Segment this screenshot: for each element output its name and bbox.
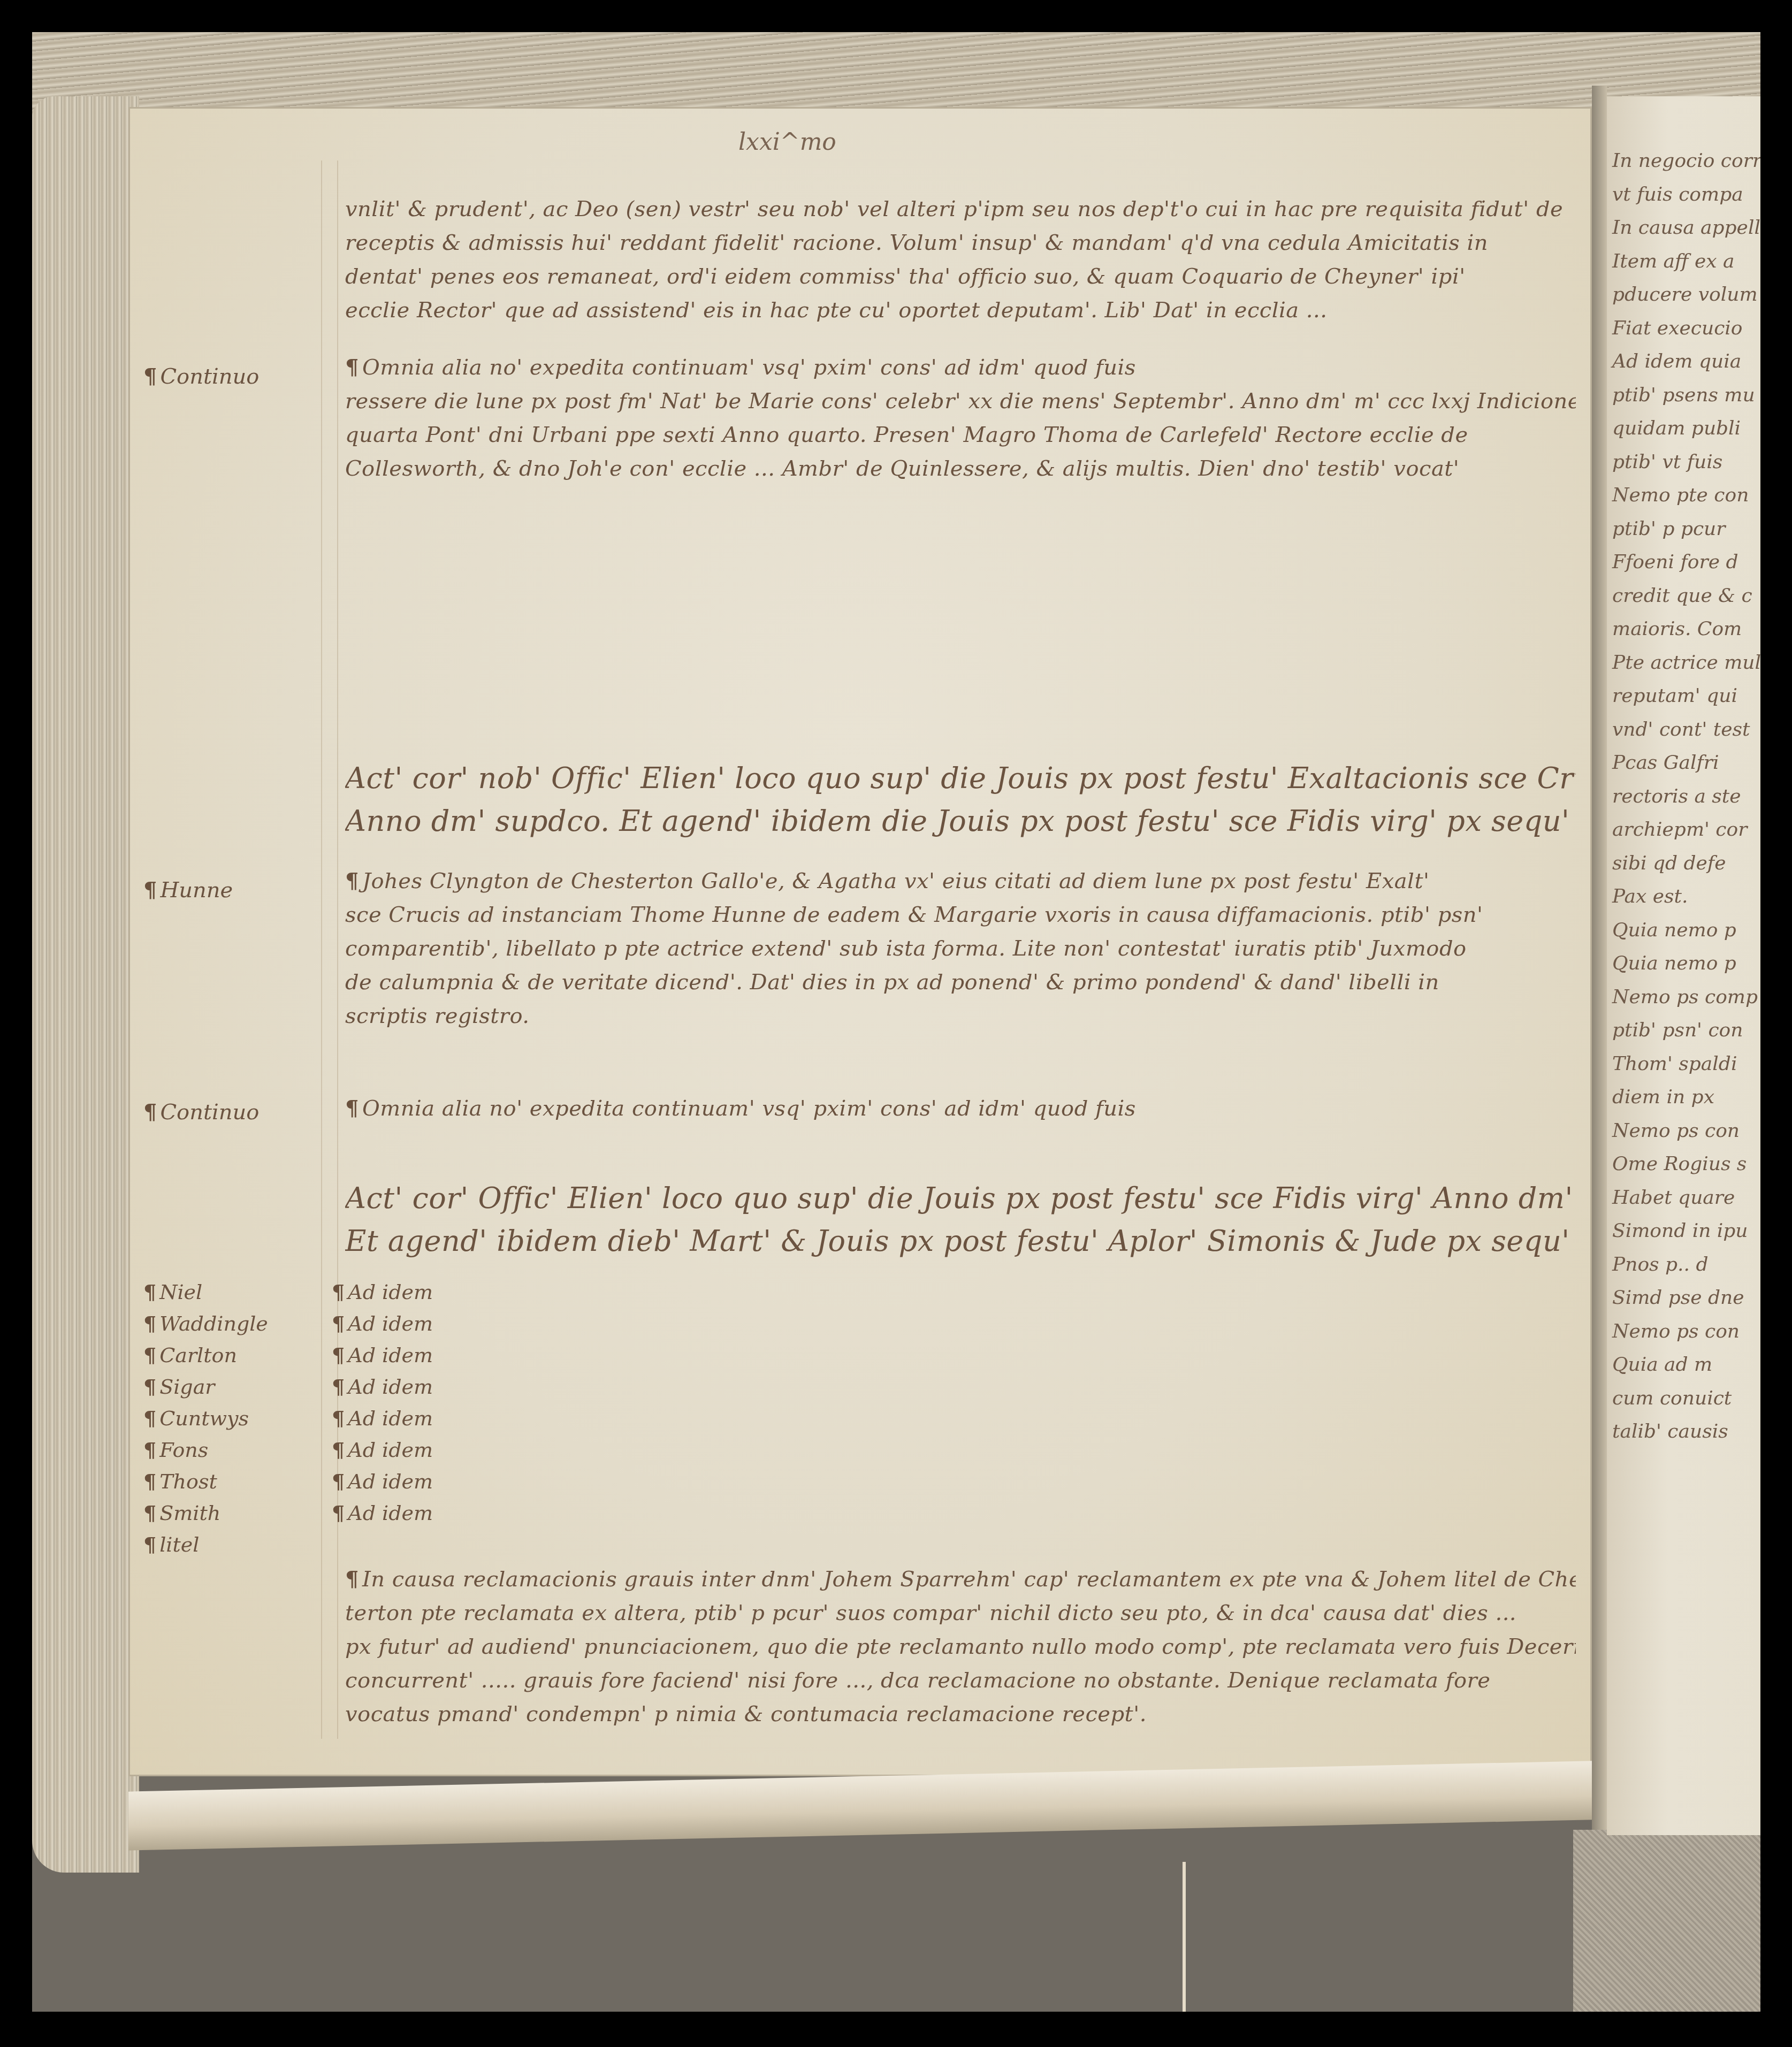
facing-page-line: Pax est. [1612,880,1760,914]
facing-page-line: Item aff ex a [1612,245,1760,279]
facing-page-line: Quia nemo p [1612,947,1760,981]
ad-idem-entry: ¶Ad idem [332,1497,433,1529]
facing-page-line: ptib' p pcur [1612,513,1760,546]
facing-page-line: Habet quare [1612,1181,1760,1215]
paragraph-mark-icon: ¶ [345,1567,359,1592]
paragraph-mark-icon: ¶ [332,1280,345,1304]
text-line: vocatus pmand' condempn' p nimia & contu… [345,1698,1576,1731]
session-heading-2: Act' cor' Offic' Elien' loco quo sup' di… [345,1177,1576,1263]
heading-line: Et agend' ibidem dieb' Mart' & Jouis px … [345,1220,1576,1263]
text-line: de calumpnia & de veritate dicend'. Dat'… [345,966,1576,999]
facing-page-line: ptib' psn' con [1612,1014,1760,1048]
margin-name: ¶Niel [143,1276,320,1308]
facing-page-line: cum conuict [1612,1382,1760,1416]
facing-page-line: reputam' qui [1612,679,1760,713]
margin-name: ¶litel [143,1529,320,1560]
margin-name: ¶Thost [143,1465,320,1497]
top-text-block: vnlit' & prudent', ac Deo (sen) vestr' s… [345,193,1576,327]
paragraph-mark-icon: ¶ [143,1280,156,1304]
facing-page-line: Ad idem quia [1612,345,1760,379]
facing-page-line: talib' causis [1612,1415,1760,1449]
facing-page-line: credit que & c [1612,579,1760,613]
paragraph-mark-icon: ¶ [143,1532,156,1556]
text-line: sce Crucis ad instanciam Thome Hunne de … [345,898,1576,932]
text-line: ressere die lune px post fm' Nat' be Mar… [345,385,1576,418]
margin-name: ¶Smith [143,1497,320,1529]
text-line: Collesworth, & dno Joh'e con' ecclie ...… [345,452,1576,486]
ruling-line-left [321,161,322,1739]
facing-page: In negocio correvt fuis compaIn causa ap… [1607,96,1760,1835]
facing-page-line: Nemo ps comp [1612,981,1760,1014]
margin-note-hunne: ¶Hunne [143,877,233,903]
binding-cloth [1573,1830,1760,2012]
facing-page-line: Pte actrice mul [1612,646,1760,680]
margin-name: ¶Cuntwys [143,1402,320,1434]
entry-continuo-1: ¶Omnia alia no' expedita continuam' vsq'… [345,350,1576,486]
text-line: ¶Omnia alia no' expedita continuam' vsq'… [345,1091,1576,1126]
margin-name: ¶Waddingle [143,1308,320,1339]
book-gutter [1592,86,1607,1905]
session-heading-1: Act' cor' nob' Offic' Elien' loco quo su… [345,757,1576,843]
heading-line: Act' cor' nob' Offic' Elien' loco quo su… [345,757,1576,800]
facing-page-line: Ffoeni fore d [1612,546,1760,579]
text-line: ¶Omnia alia no' expedita continuam' vsq'… [345,350,1576,385]
facing-page-line: Nemo ps con [1612,1315,1760,1349]
ad-idem-entry: ¶Ad idem [332,1308,433,1339]
margin-note-continuo-2: ¶Continuo [143,1099,259,1125]
ad-idem-entry: ¶Ad idem [332,1339,433,1371]
facing-page-line: quidam publi [1612,412,1760,446]
heading-line: Act' cor' Offic' Elien' loco quo sup' di… [345,1177,1576,1220]
text-line: ecclie Rector' que ad assistend' eis in … [345,294,1576,327]
paragraph-mark-icon: ¶ [332,1501,345,1525]
facing-page-line: In negocio corre [1612,144,1760,178]
facing-page-lines: In negocio correvt fuis compaIn causa ap… [1612,144,1760,1449]
paragraph-mark-icon: ¶ [345,868,359,893]
facing-page-line: rectoris a ste [1612,780,1760,814]
facing-page-line: archiepm' cor [1612,813,1760,847]
facing-page-line: Pnos p.. d [1612,1248,1760,1282]
facing-page-line: Thom' spaldi [1612,1048,1760,1081]
facing-page-line: In causa appella [1612,211,1760,245]
paragraph-mark-icon: ¶ [143,1099,157,1125]
paragraph-mark-icon: ¶ [332,1406,345,1430]
text-line: quarta Pont' dni Urbani ppe sexti Anno q… [345,418,1576,452]
paragraph-mark-icon: ¶ [143,1469,156,1493]
ad-idem-entry: ¶Ad idem [332,1402,433,1434]
margin-name: ¶Sigar [143,1371,320,1402]
paragraph-mark-icon: ¶ [143,364,157,389]
folio-number: lxxi^mo [738,128,836,156]
paragraph-mark-icon: ¶ [143,1438,156,1462]
text-line: comparentib', libellato p pte actrice ex… [345,932,1576,966]
heading-line: Anno dm' supdco. Et agend' ibidem die Jo… [345,800,1576,843]
ad-idem-entry: ¶Ad idem [332,1276,433,1308]
paragraph-mark-icon: ¶ [143,877,157,903]
paragraph-mark-icon: ¶ [332,1343,345,1367]
margin-name: ¶Carlton [143,1339,320,1371]
facing-page-line: diem in px [1612,1081,1760,1114]
paragraph-mark-icon: ¶ [332,1438,345,1462]
facing-page-line: ptib' psens mu [1612,379,1760,413]
paragraph-mark-icon: ¶ [143,1374,156,1399]
paragraph-mark-icon: ¶ [143,1406,156,1430]
facing-page-line: maioris. Com [1612,613,1760,646]
ad-idem-entry: ¶Ad idem [332,1465,433,1497]
margin-name: ¶Fons [143,1434,320,1465]
facing-page-line: Quia ad m [1612,1348,1760,1382]
paragraph-mark-icon: ¶ [332,1311,345,1335]
facing-page-line: Simd pse dne [1612,1281,1760,1315]
facing-page-line: Ome Rogius s [1612,1148,1760,1181]
margin-note-continuo: ¶Continuo [143,364,259,389]
margin-name-list: ¶Niel ¶Waddingle ¶Carlton ¶Sigar ¶Cuntwy… [143,1276,320,1560]
facing-page-line: Pcas Galfri [1612,746,1760,780]
facing-page-line: sibi qd defe [1612,847,1760,881]
facing-page-line: vnd' cont' test [1612,713,1760,747]
facing-page-line: Nemo pte con [1612,479,1760,513]
entry-reclamacion: ¶In causa reclamacionis grauis inter dnm… [345,1562,1576,1731]
paragraph-mark-icon: ¶ [143,1311,156,1335]
facing-page-line: Fiat execucio [1612,312,1760,346]
facing-page-line: Quia nemo p [1612,914,1760,948]
facing-page-line: Nemo ps con [1612,1114,1760,1148]
text-line: ¶In causa reclamacionis grauis inter dnm… [345,1562,1576,1597]
text-line: px futur' ad audiend' pnunciacionem, quo… [345,1630,1576,1664]
paragraph-mark-icon: ¶ [332,1374,345,1399]
text-line: ¶Johes Clyngton de Chesterton Gallo'e, &… [345,864,1576,898]
ad-idem-list: ¶Ad idem ¶Ad idem ¶Ad idem ¶Ad idem ¶Ad … [332,1276,433,1529]
paragraph-mark-icon: ¶ [143,1501,156,1525]
facing-page-line: pducere volum [1612,278,1760,312]
binding-string [1183,1862,1186,2012]
facing-page-line: Simond in ipu [1612,1215,1760,1248]
text-line: vnlit' & prudent', ac Deo (sen) vestr' s… [345,193,1576,226]
text-line: concurrent' ..... grauis fore faciend' n… [345,1664,1576,1698]
facing-page-line: vt fuis compa [1612,178,1760,212]
facing-page-line: ptib' vt fuis [1612,446,1760,479]
entry-continuo-2: ¶Omnia alia no' expedita continuam' vsq'… [345,1091,1576,1126]
text-line: receptis & admissis hui' reddant fidelit… [345,226,1576,260]
book-fore-edge-left [32,96,139,1873]
paragraph-mark-icon: ¶ [345,1096,359,1121]
text-line: scriptis registro. [345,999,1576,1033]
paragraph-mark-icon: ¶ [143,1343,156,1367]
text-line: dentat' penes eos remaneat, ord'i eidem … [345,260,1576,294]
paragraph-mark-icon: ¶ [345,355,359,380]
text-line: terton pte reclamata ex altera, ptib' p … [345,1597,1576,1630]
ad-idem-entry: ¶Ad idem [332,1371,433,1402]
entry-hunne: ¶Johes Clyngton de Chesterton Gallo'e, &… [345,864,1576,1033]
paragraph-mark-icon: ¶ [332,1469,345,1493]
ad-idem-entry: ¶Ad idem [332,1434,433,1465]
